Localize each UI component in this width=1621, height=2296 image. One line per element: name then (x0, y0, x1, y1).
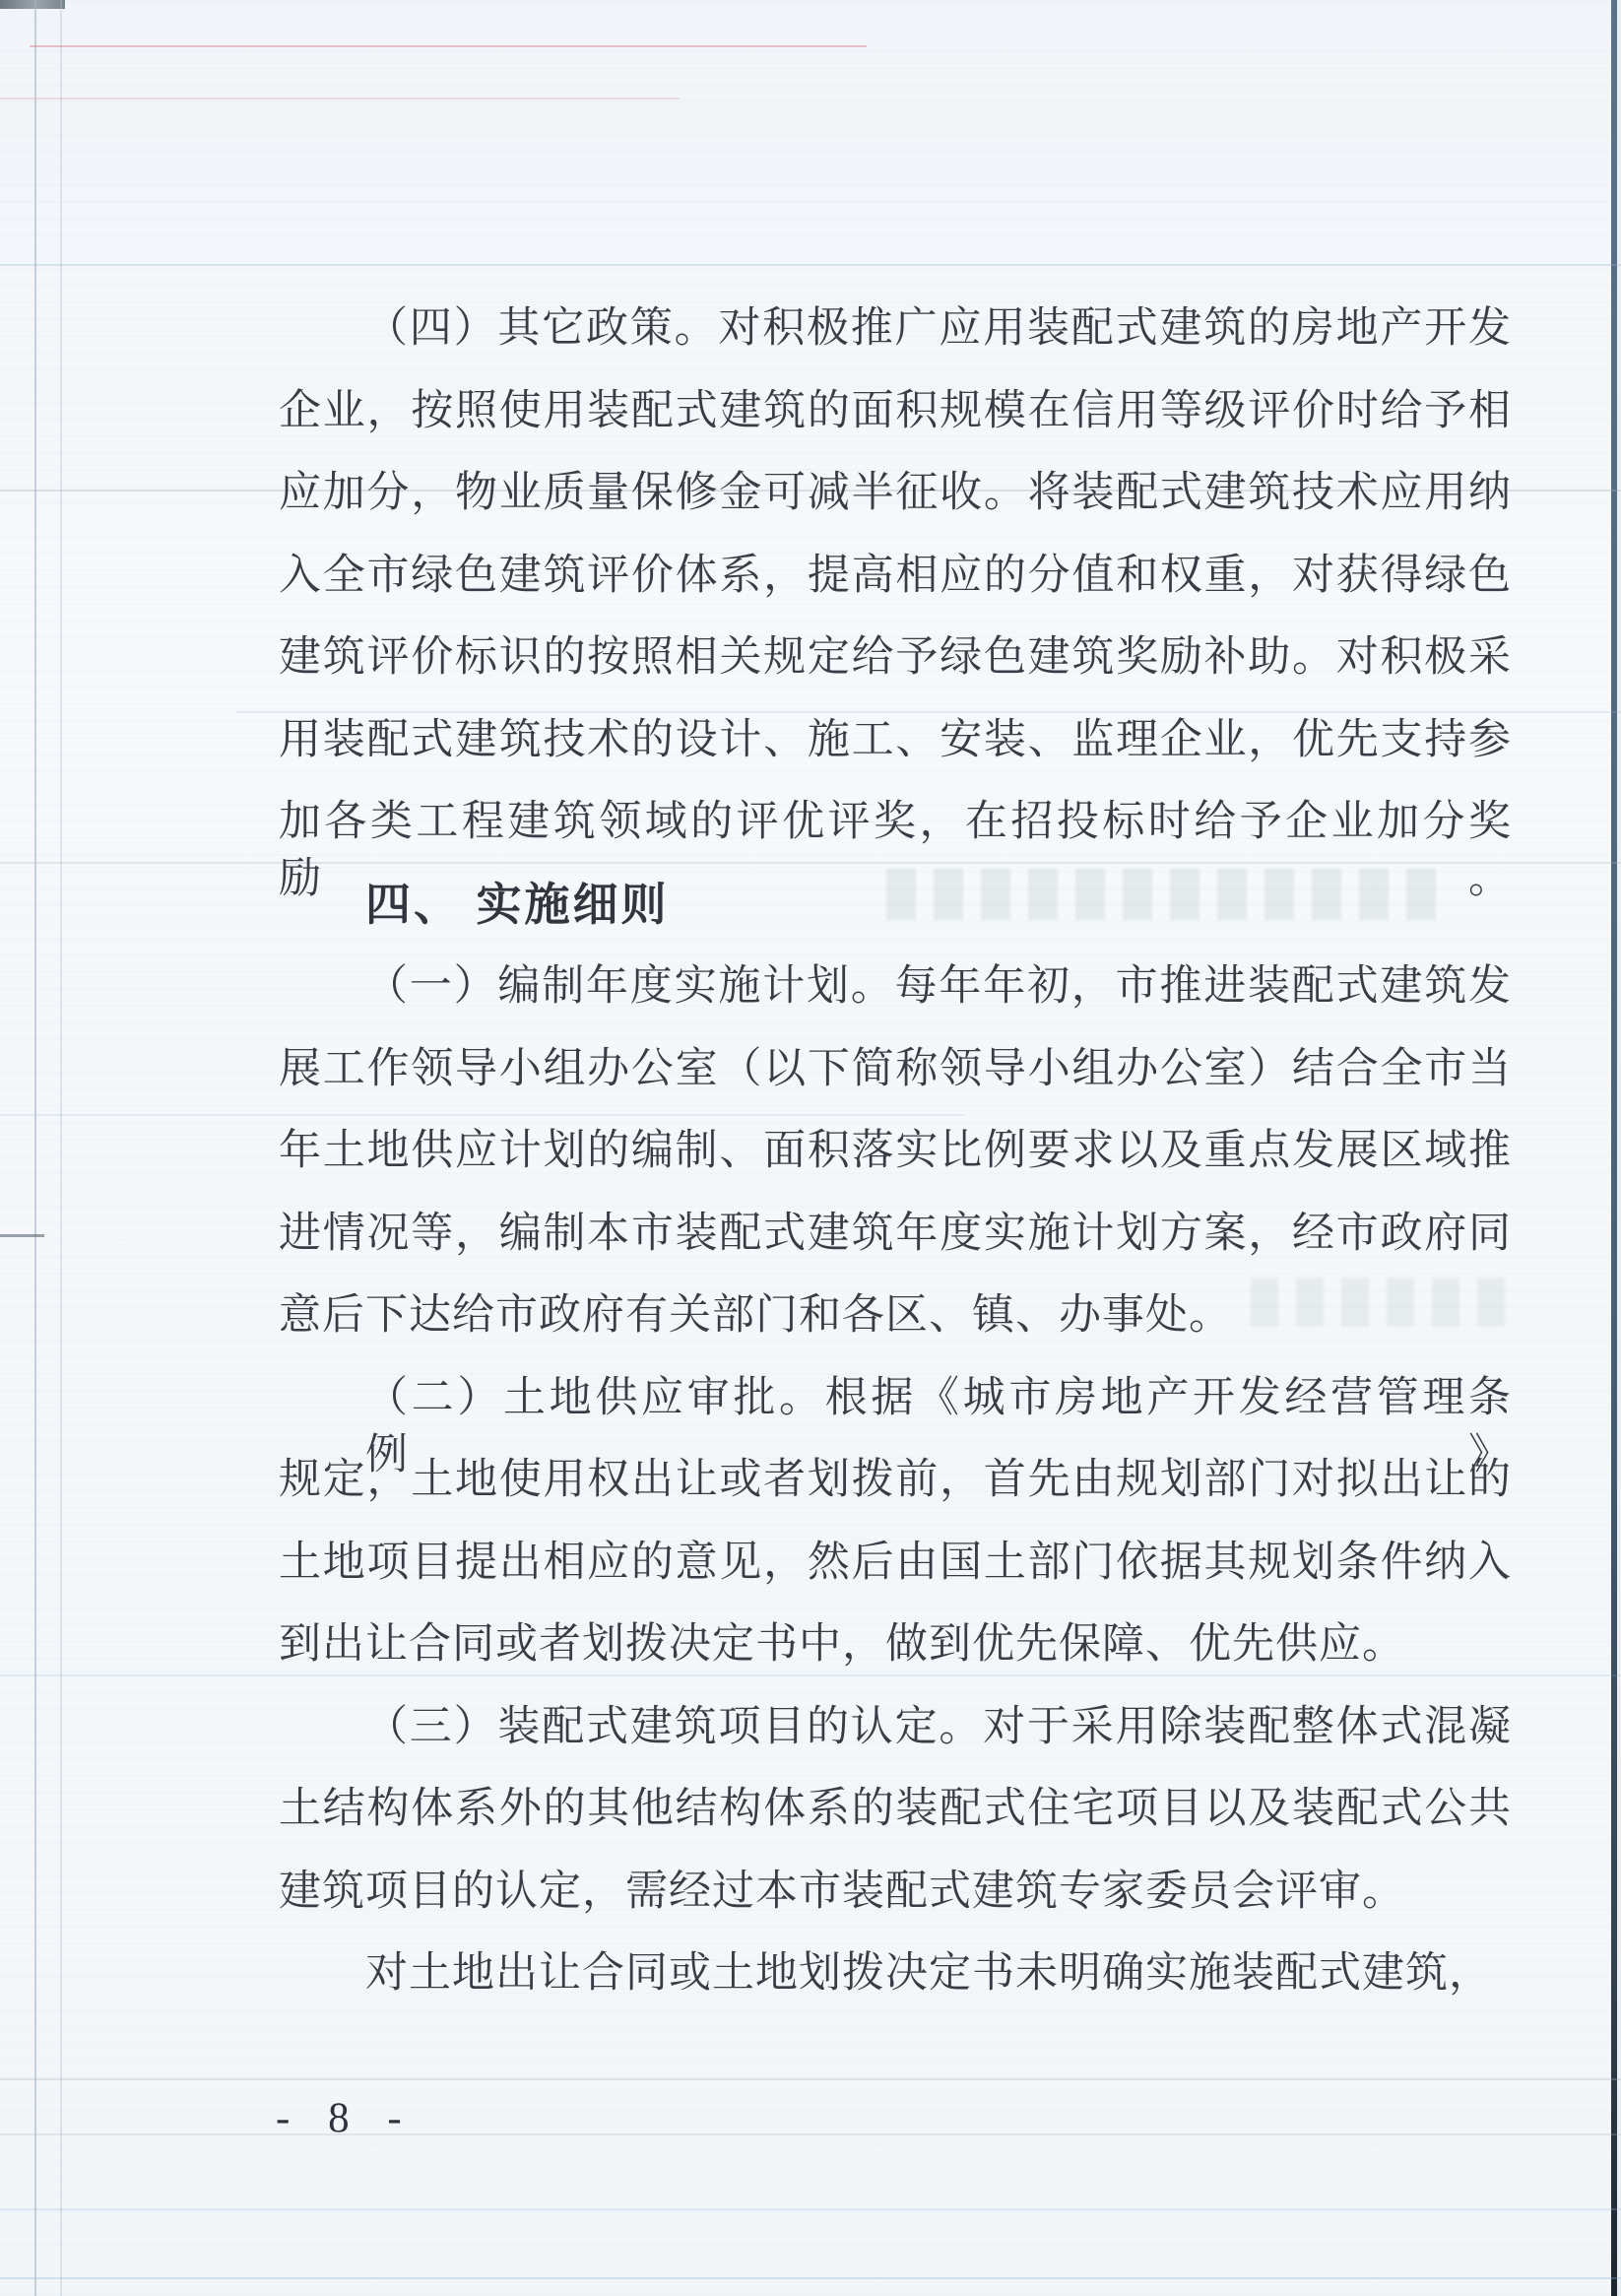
section-heading: 四、 实施细则 (279, 877, 1512, 934)
text-line: 规定，土地使用权出让或者划拨前，首先由规划部门对拟出让的 (279, 1452, 1512, 1509)
text-line: 用装配式建筑技术的设计、施工、安装、监理企业，优先支持参 (279, 712, 1512, 769)
text-line: 对土地出让合同或土地划拨决定书未明确实施装配式建筑， (279, 1945, 1512, 2002)
text-line: 土结构体系外的其他结构体系的装配式住宅项目以及装配式公共 (279, 1781, 1512, 1838)
text-line: （三）装配式建筑项目的认定。对于采用除装配整体式混凝 (279, 1699, 1512, 1756)
text-line: 年土地供应计划的编制、面积落实比例要求以及重点发展区域推 (279, 1123, 1512, 1180)
text-line: 企业，按照使用装配式建筑的面积规模在信用等级评价时给予相 (279, 383, 1512, 440)
text-line: 土地项目提出相应的意见，然后由国土部门依据其规划条件纳入 (279, 1535, 1512, 1592)
text-line: 建筑项目的认定，需经过本市装配式建筑专家委员会评审。 (279, 1864, 1512, 1921)
scan-line-gray-3 (0, 2078, 1621, 2080)
scan-line-pink-2 (0, 98, 680, 99)
scan-line-blue (0, 264, 1621, 266)
left-edge-tick-mark (0, 1234, 44, 1237)
text-line: 入全市绿色建筑评价体系，提高相应的分值和权重，对获得绿色 (279, 548, 1512, 605)
text-line: 意后下达给市政府有关部门和各区、镇、办事处。 (279, 1287, 1512, 1345)
page-number: - 8 - (276, 2094, 416, 2142)
scan-line-gray-4 (0, 2133, 1621, 2135)
scanned-document-page: （四）其它政策。对积极推广应用装配式建筑的房地产开发企业，按照使用装配式建筑的面… (0, 0, 1621, 2296)
scan-line-blue-5 (0, 2208, 1621, 2210)
text-line: 建筑评价标识的按照相关规定给予绿色建筑奖励补助。对积极采 (279, 629, 1512, 687)
text-line: 展工作领导小组办公室（以下简称领导小组办公室）结合全市当 (279, 1041, 1512, 1098)
text-line: 应加分，物业质量保修金可减半征收。将装配式建筑技术应用纳 (279, 465, 1512, 522)
text-line: 进情况等，编制本市装配式建筑年度实施计划方案，经市政府同 (279, 1206, 1512, 1263)
scan-line-blue-4 (0, 1674, 1621, 1676)
scan-line-blue-3 (0, 1114, 965, 1116)
text-line: （一）编制年度实施计划。每年年初，市推进装配式建筑发 (279, 958, 1512, 1016)
left-fold-line-2 (60, 0, 62, 2296)
text-line: （四）其它政策。对积极推广应用装配式建筑的房地产开发 (279, 300, 1512, 358)
right-paper-edge (1617, 0, 1621, 2296)
scanner-top-edge-mark (0, 0, 65, 9)
scan-line-blue-6 (0, 2277, 1621, 2279)
left-fold-line (34, 0, 36, 2296)
text-line: 到出让合同或者划拨决定书中，做到优先保障、优先供应。 (279, 1616, 1512, 1673)
scan-line-pink (30, 45, 867, 47)
right-page-edge-shadow (1611, 0, 1617, 2296)
